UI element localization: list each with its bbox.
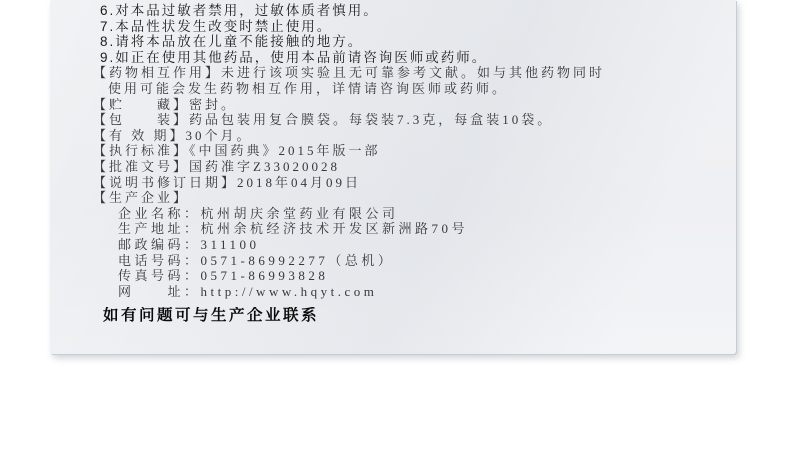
section-shelf-life: 【有 效 期】30个月。 — [93, 128, 736, 144]
precaution-item-7: 7.本品性状发生改变时禁止使用。 — [100, 19, 736, 35]
manufacturer-company-name: 企业名称：杭州胡庆余堂药业有限公司 — [118, 206, 736, 222]
section-storage: 【贮 藏】密封。 — [93, 97, 736, 113]
section-drug-interaction-cont: 使用可能会发生药物相互作用，详情请咨询医师或药师。 — [108, 81, 736, 97]
manufacturer-address: 生产地址：杭州余杭经济技术开发区新洲路70号 — [118, 221, 736, 237]
precaution-item-6: 6.对本品过敏者禁用，过敏体质者慎用。 — [100, 3, 736, 19]
precaution-item-8: 8.请将本品放在儿童不能接触的地方。 — [100, 34, 736, 50]
precaution-item-9: 9.如正在使用其他药品，使用本品前请咨询医师或药师。 — [100, 50, 736, 66]
section-packaging: 【包 装】药品包装用复合膜袋。每袋装7.3克，每盒装10袋。 — [93, 112, 736, 128]
manufacturer-phone: 电话号码：0571-86992277（总机） — [118, 253, 736, 269]
photo-background: 6.对本品过敏者禁用，过敏体质者慎用。7.本品性状发生改变时禁止使用。8.请将本… — [0, 0, 790, 459]
contact-note: 如有问题可与生产企业联系 — [103, 307, 736, 325]
manufacturer-fax: 传真号码：0571-86993828 — [118, 268, 736, 284]
leaflet-text-block: 6.对本品过敏者禁用，过敏体质者慎用。7.本品性状发生改变时禁止使用。8.请将本… — [50, 0, 736, 325]
manufacturer-website: 网 址：http://www.hqyt.com — [118, 284, 736, 300]
section-manufacturer: 【生产企业】 — [93, 190, 736, 206]
manufacturer-postcode: 邮政编码：311100 — [118, 237, 736, 253]
section-drug-interaction: 【药物相互作用】未进行该项实验且无可靠参考文献。如与其他药物同时 — [93, 65, 736, 81]
leaflet-paper: 6.对本品过敏者禁用，过敏体质者慎用。7.本品性状发生改变时禁止使用。8.请将本… — [50, 0, 736, 354]
section-approval-number: 【批准文号】国药准字Z33020028 — [93, 159, 736, 175]
section-revision-date: 【说明书修订日期】2018年04月09日 — [93, 175, 736, 191]
section-standard: 【执行标准】《中国药典》2015年版一部 — [93, 143, 736, 159]
